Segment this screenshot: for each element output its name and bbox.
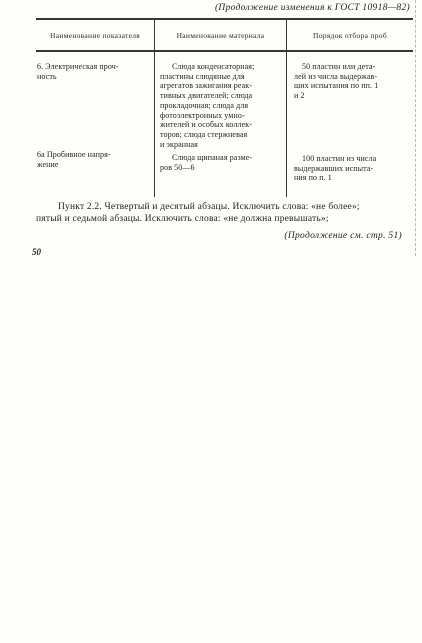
column-indicator: 6. Электрическая проч- ность 6а Пробивно… [36, 52, 155, 197]
amendment-paragraph: Пункт 2.2. Четвертый и десятый абзацы. И… [36, 202, 410, 226]
materials-table: Наименование показателя Наименование мат… [36, 18, 413, 197]
table-cell-row1-indicator: 6. Электрическая проч- ность [36, 62, 154, 81]
column-sampling: 50 пластин или дета- лей из числа выдерж… [287, 52, 413, 197]
continuation-footer: (Продолжение см. стр. 51) [36, 231, 402, 241]
column-header-indicator: Наименование показателя [36, 20, 155, 50]
column-header-sampling: Порядок отбора проб [287, 20, 413, 50]
table-header-row: Наименование показателя Наименование мат… [36, 20, 413, 52]
column-material: Слюда конденсаторная; пластины слюдяные … [155, 52, 287, 197]
table-body: 6. Электрическая проч- ность 6а Пробивно… [36, 52, 413, 197]
page-number: 50 [32, 247, 41, 257]
table-cell-row2-indicator: 6а Пробивное напря- жение [36, 150, 154, 169]
table-cell-row2-material: Слюда щипаная разме- ров 50—6 [155, 153, 286, 172]
column-header-material: Наименование материала [155, 20, 287, 50]
table-cell-row2-sampling: 100 пластин из числа выдержавших испыта-… [287, 154, 413, 183]
continuation-header: (Продолжение изменения к ГОСТ 10918—82) [215, 3, 410, 13]
page-edge-scan-artifact [415, 0, 416, 256]
document-page: (Продолжение изменения к ГОСТ 10918—82) … [0, 0, 422, 643]
table-cell-row1-material: Слюда конденсаторная; пластины слюдяные … [155, 62, 286, 149]
table-cell-row1-sampling: 50 пластин или дета- лей из числа выдерж… [287, 62, 413, 101]
